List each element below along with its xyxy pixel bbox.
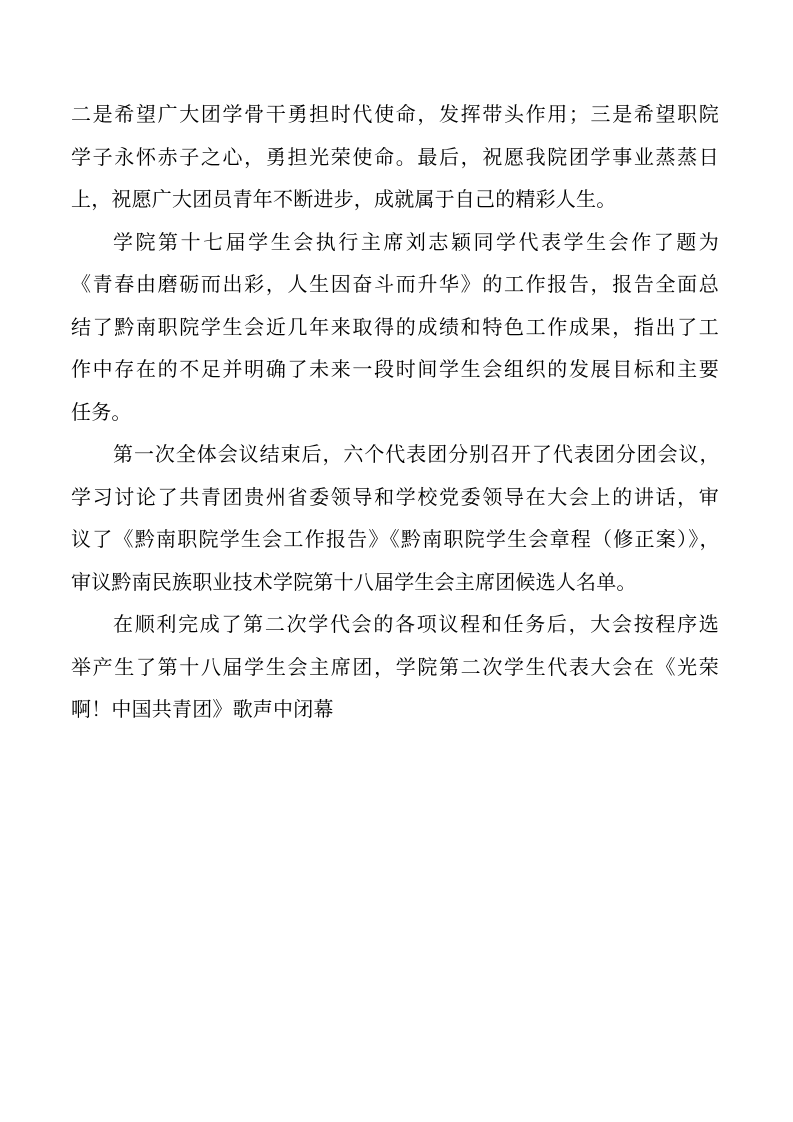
text-line: 举产生了第十八届学生会主席团，学院第二次学生代表大会在《光荣 (71, 647, 719, 690)
text-line: 结了黔南职院学生会近几年来取得的成绩和特色工作成果，指出了工 (71, 307, 719, 350)
text-line: 学习讨论了共青团贵州省委领导和学校党委领导在大会上的讲话，审 (71, 477, 719, 520)
paragraph: 第一次全体会议结束后，六个代表团分别召开了代表团分团会议， 学习讨论了共青团贵州… (71, 434, 719, 604)
text-line: 在顺利完成了第二次学代会的各项议程和任务后，大会按程序选 (71, 604, 719, 647)
text-line: 作中存在的不足并明确了未来一段时间学生会组织的发展目标和主要 (71, 349, 719, 392)
text-line: 审议黔南民族职业技术学院第十八届学生会主席团候选人名单。 (71, 562, 719, 605)
text-line: 啊！中国共青团》歌声中闭幕 (71, 689, 719, 732)
paragraph: 在顺利完成了第二次学代会的各项议程和任务后，大会按程序选 举产生了第十八届学生会… (71, 604, 719, 732)
text-line: 议了《黔南职院学生会工作报告》《黔南职院学生会章程（修正案）》， (71, 519, 719, 562)
text-line: 二是希望广大团学骨干勇担时代使命，发挥带头作用；三是希望职院 (71, 94, 719, 137)
text-line: 上，祝愿广大团员青年不断进步，成就属于自己的精彩人生。 (71, 179, 719, 222)
text-line: 学院第十七届学生会执行主席刘志颖同学代表学生会作了题为 (71, 222, 719, 265)
text-line: 第一次全体会议结束后，六个代表团分别召开了代表团分团会议， (71, 434, 719, 477)
text-line: 《青春由磨砺而出彩，人生因奋斗而升华》的工作报告，报告全面总 (71, 264, 719, 307)
text-line: 任务。 (71, 392, 719, 435)
paragraph: 学院第十七届学生会执行主席刘志颖同学代表学生会作了题为 《青春由磨砺而出彩，人生… (71, 222, 719, 435)
document-page: 二是希望广大团学骨干勇担时代使命，发挥带头作用；三是希望职院 学子永怀赤子之心，… (0, 0, 793, 1122)
document-body: 二是希望广大团学骨干勇担时代使命，发挥带头作用；三是希望职院 学子永怀赤子之心，… (71, 94, 719, 732)
paragraph: 二是希望广大团学骨干勇担时代使命，发挥带头作用；三是希望职院 学子永怀赤子之心，… (71, 94, 719, 222)
text-line: 学子永怀赤子之心，勇担光荣使命。最后，祝愿我院团学事业蒸蒸日 (71, 137, 719, 180)
